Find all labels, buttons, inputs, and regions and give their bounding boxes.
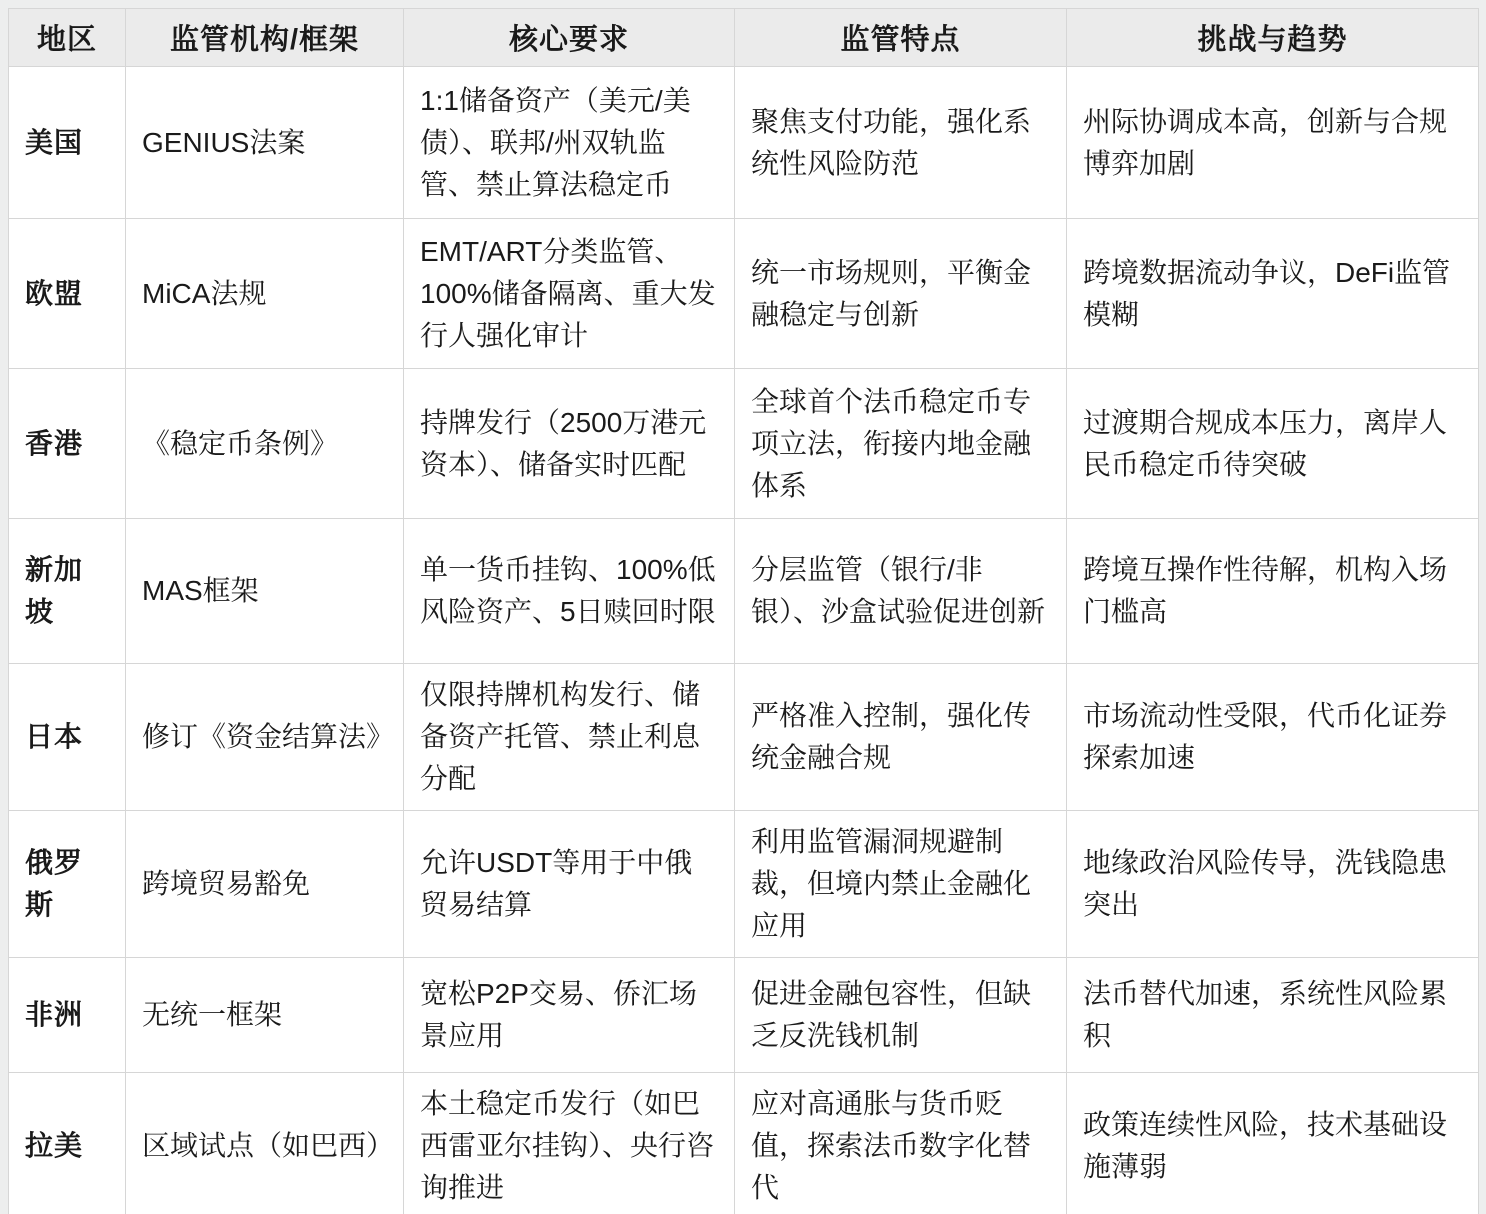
- cell-features: 分层监管（银行/非银）、沙盒试验促进创新: [735, 519, 1067, 664]
- cell-framework: GENIUS法案: [126, 67, 404, 219]
- cell-region: 新加坡: [9, 519, 126, 664]
- header-row: 地区 监管机构/框架 核心要求 监管特点 挑战与趋势: [9, 9, 1479, 67]
- cell-challenges: 州际协调成本高，创新与合规博弈加剧: [1067, 67, 1479, 219]
- cell-region: 非洲: [9, 958, 126, 1073]
- cell-challenges: 市场流动性受限，代币化证券探索加速: [1067, 664, 1479, 811]
- table-row: 美国 GENIUS法案 1:1储备资产（美元/美债）、联邦/州双轨监管、禁止算法…: [9, 67, 1479, 219]
- cell-core: 1:1储备资产（美元/美债）、联邦/州双轨监管、禁止算法稳定币: [404, 67, 735, 219]
- cell-challenges: 地缘政治风险传导，洗钱隐患突出: [1067, 811, 1479, 958]
- cell-features: 应对高通胀与货币贬值，探索法币数字化替代: [735, 1073, 1067, 1214]
- table-row: 新加坡 MAS框架 单一货币挂钩、100%低风险资产、5日赎回时限 分层监管（银…: [9, 519, 1479, 664]
- table-row: 非洲 无统一框架 宽松P2P交易、侨汇场景应用 促进金融包容性，但缺乏反洗钱机制…: [9, 958, 1479, 1073]
- cell-features: 聚焦支付功能，强化系统性风险防范: [735, 67, 1067, 219]
- cell-framework: 修订《资金结算法》: [126, 664, 404, 811]
- cell-features: 促进金融包容性，但缺乏反洗钱机制: [735, 958, 1067, 1073]
- header-core-requirements: 核心要求: [404, 9, 735, 67]
- cell-features: 利用监管漏洞规避制裁，但境内禁止金融化应用: [735, 811, 1067, 958]
- cell-region: 美国: [9, 67, 126, 219]
- header-regulatory-features: 监管特点: [735, 9, 1067, 67]
- cell-features: 严格准入控制，强化传统金融合规: [735, 664, 1067, 811]
- cell-framework: MAS框架: [126, 519, 404, 664]
- regulation-table-container: 地区 监管机构/框架 核心要求 监管特点 挑战与趋势 美国 GENIUS法案 1…: [8, 8, 1478, 1214]
- cell-region: 欧盟: [9, 219, 126, 369]
- table-row: 日本 修订《资金结算法》 仅限持牌机构发行、储备资产托管、禁止利息分配 严格准入…: [9, 664, 1479, 811]
- header-challenges-trends: 挑战与趋势: [1067, 9, 1479, 67]
- cell-core: EMT/ART分类监管、100%储备隔离、重大发行人强化审计: [404, 219, 735, 369]
- cell-region: 俄罗斯: [9, 811, 126, 958]
- table-row: 俄罗斯 跨境贸易豁免 允许USDT等用于中俄贸易结算 利用监管漏洞规避制裁，但境…: [9, 811, 1479, 958]
- header-region: 地区: [9, 9, 126, 67]
- table-row: 欧盟 MiCA法规 EMT/ART分类监管、100%储备隔离、重大发行人强化审计…: [9, 219, 1479, 369]
- cell-features: 全球首个法币稳定币专项立法，衔接内地金融体系: [735, 369, 1067, 519]
- cell-framework: 《稳定币条例》: [126, 369, 404, 519]
- cell-challenges: 跨境互操作性待解，机构入场门槛高: [1067, 519, 1479, 664]
- cell-challenges: 法币替代加速，系统性风险累积: [1067, 958, 1479, 1073]
- table-row: 香港 《稳定币条例》 持牌发行（2500万港元资本）、储备实时匹配 全球首个法币…: [9, 369, 1479, 519]
- cell-challenges: 过渡期合规成本压力，离岸人民币稳定币待突破: [1067, 369, 1479, 519]
- cell-challenges: 跨境数据流动争议，DeFi监管模糊: [1067, 219, 1479, 369]
- cell-core: 宽松P2P交易、侨汇场景应用: [404, 958, 735, 1073]
- cell-core: 仅限持牌机构发行、储备资产托管、禁止利息分配: [404, 664, 735, 811]
- cell-core: 单一货币挂钩、100%低风险资产、5日赎回时限: [404, 519, 735, 664]
- cell-core: 持牌发行（2500万港元资本）、储备实时匹配: [404, 369, 735, 519]
- cell-features: 统一市场规则，平衡金融稳定与创新: [735, 219, 1067, 369]
- cell-framework: 跨境贸易豁免: [126, 811, 404, 958]
- cell-challenges: 政策连续性风险，技术基础设施薄弱: [1067, 1073, 1479, 1214]
- header-framework: 监管机构/框架: [126, 9, 404, 67]
- stablecoin-regulation-table: 地区 监管机构/框架 核心要求 监管特点 挑战与趋势 美国 GENIUS法案 1…: [8, 8, 1479, 1214]
- cell-framework: 无统一框架: [126, 958, 404, 1073]
- cell-core: 本土稳定币发行（如巴西雷亚尔挂钩）、央行咨询推进: [404, 1073, 735, 1214]
- cell-region: 香港: [9, 369, 126, 519]
- table-row: 拉美 区域试点（如巴西） 本土稳定币发行（如巴西雷亚尔挂钩）、央行咨询推进 应对…: [9, 1073, 1479, 1214]
- cell-framework: 区域试点（如巴西）: [126, 1073, 404, 1214]
- cell-region: 日本: [9, 664, 126, 811]
- cell-region: 拉美: [9, 1073, 126, 1214]
- cell-framework: MiCA法规: [126, 219, 404, 369]
- cell-core: 允许USDT等用于中俄贸易结算: [404, 811, 735, 958]
